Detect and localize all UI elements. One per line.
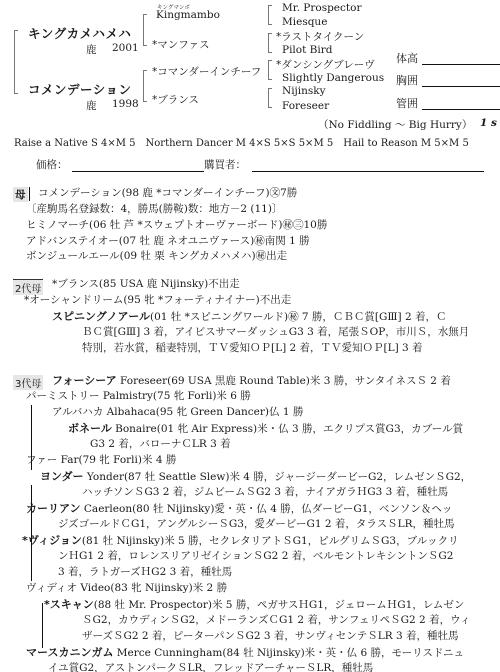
entry-far: ファー Far(79 牝 Forli)米 4 勝: [26, 453, 176, 468]
scan-cont-2: ザーズＳG2 2 着，ピーターパンＳG2 3 着，サンヴィセンテＳLR 3 着，…: [82, 629, 458, 644]
vision-name: *ヴィジョン: [22, 534, 82, 547]
third-dam-header: フォーシーア Foreseer(69 USA 黒鹿 Round Table)米 …: [52, 373, 451, 389]
cannon-label: 管囲: [396, 95, 418, 111]
gen3-brace-3: [268, 60, 272, 80]
height-label: 体高: [396, 50, 418, 66]
dam-label: 母: [13, 187, 28, 202]
yonder-cont: ハッチソンＳG3 2 着，ジムビームＳG2 3 着，ナイアガラＨG3 3 着，種…: [82, 485, 448, 500]
dam-line-2: 〔産駒馬名登録数：4，勝馬(勝鞍)数：地方－2 (11)〕: [26, 202, 282, 217]
family-note: （No Fiddling ～ Big Hurry）: [318, 117, 472, 132]
vision-text: (81 牡 Nijinsky)米 5 勝，セクレタリアトＳG1，ピルグリムＳG3…: [82, 535, 459, 547]
buyer-label: 購買者：: [204, 157, 246, 172]
entry-video: ヴィディオ Video(83 牝 Nijinsky)米 2 勝: [26, 581, 227, 596]
entry-yonder: ヨンダー Yonder(87 牡 Seattle Slew)米 4 勝，ジャージ…: [40, 469, 471, 485]
gen3-4: Pilot Bird: [282, 44, 332, 56]
family-number: 1 s: [480, 117, 497, 129]
dam-year: 1998: [112, 98, 139, 110]
gen3-brace-2: [268, 33, 272, 53]
chest-field[interactable]: [422, 86, 500, 87]
sire-year: 2001: [112, 42, 139, 54]
gen3-6: Slightly Dangerous: [282, 72, 384, 84]
dam-label-divider: [29, 187, 30, 201]
tree-line-3: [42, 603, 43, 648]
sire-color: 鹿: [86, 42, 97, 57]
gen3-3: *ラストタイクーン: [276, 29, 364, 44]
gen3-7: Nijinsky: [282, 85, 326, 97]
entry-palmistry: パーミストリー Palmistry(75 牝 Forli)米 6 勝: [26, 389, 251, 404]
yonder-text: Yonder(87 牡 Seattle Slew)米 4 勝，ジャージーダービー…: [84, 471, 472, 483]
cannon-field[interactable]: [422, 109, 500, 110]
inbreeding: Raise a Native S 4×M 5 Northern Dancer M…: [14, 134, 469, 149]
entry-merce: マースカニンガム Merce Cunningham(84 牡 Nijinsky)…: [26, 645, 464, 661]
entry-vision: *ヴィジョン(81 牡 Nijinsky)米 5 勝，セクレタリアトＳG1，ピル…: [22, 533, 459, 549]
sire-sire: Kingmambo: [156, 9, 220, 21]
scan-text: (88 牡 Mr. Prospector)米 5 勝，ペガサスＨG1，ジェローム…: [94, 599, 465, 611]
entry-caerleon: カーリアン Caerleon(80 牡 Nijinsky)愛・英・仏 4 勝，仏…: [26, 501, 452, 517]
entry-bonaire: ボネール Bonaire(01 牝 Air Express)米・仏 3 勝，エク…: [68, 421, 463, 437]
second-dam-line-2: *オーシャンドリーム(95 牝 *フォーティナイナー)不出走: [24, 293, 291, 308]
dam-name: コメンデーション: [28, 80, 132, 98]
sire-brace: [143, 14, 147, 46]
merce-name: マースカニンガム: [26, 646, 113, 659]
price-label: 価格：: [36, 157, 68, 172]
second-dam-line-1: *ブランス(85 USA 鹿 Nijinsky)不出走: [52, 277, 240, 292]
spinning-noir-name: スピニングノアール: [52, 310, 150, 323]
sire-name: キングカメハメハ: [28, 24, 131, 42]
pedigree-brace-outer: [14, 30, 18, 94]
dam-sire: *コマンダーインチーフ: [152, 64, 261, 79]
bonaire-cont: G3 2 着，バローナＣLR 3 着: [90, 437, 231, 452]
sire-dam: *マンファス: [152, 37, 210, 52]
vision-cont-1: ンＨG1 2 着，ロレンスリアリゼイションＳG2 2 着，ベルモントレキシントン…: [58, 549, 453, 564]
caerleon-cont: ジズゴールドＣG1，アングルシーＳG3，愛ダービーG1 2 着，タラスＳLR，種…: [58, 517, 454, 532]
price-field[interactable]: [72, 171, 204, 172]
third-dam-text: Foreseer(69 USA 黒鹿 Round Table)米 3 勝，サンタ…: [120, 375, 451, 387]
dam-brace: [143, 70, 147, 102]
spinning-noir-l1: (01 牡 *スピニングワールド)㊙ 7 勝，ＣＢＣ賞[GⅢ] 2 着，Ｃ: [150, 311, 446, 323]
merce-cont: イユ賞G2，アストンパークＳLR，フレッドアーチャーＳLR，種牡馬: [48, 661, 373, 672]
gen3-8: Foreseer: [282, 100, 329, 112]
yonder-name: ヨンダー: [40, 470, 84, 483]
gen3-2: Miesque: [282, 16, 327, 28]
caerleon-name: カーリアン: [26, 502, 81, 515]
height-field[interactable]: [422, 64, 500, 65]
entry-albahaca: アルバハカ Albahaca(95 牝 Green Dancer)仏 1 勝: [52, 405, 303, 420]
scan-name: *スキャン: [44, 598, 94, 611]
buyer-field[interactable]: [252, 171, 484, 172]
spinning-noir-entry: スピニングノアール(01 牡 *スピニングワールド)㊙ 7 勝，ＣＢＣ賞[GⅢ]…: [52, 309, 447, 325]
caerleon-text: Caerleon(80 牡 Nijinsky)愛・英・仏 4 勝，仏ダービーG1…: [81, 503, 453, 515]
merce-text: Merce Cunningham(84 牡 Nijinsky)米・英・仏 6 勝…: [113, 647, 464, 659]
spinning-noir-l2: ＢＣ賞[GⅢ] 3 着，アイビスサマーダッシュG3 3 着，尾張ＳOP，市川Ｓ，…: [82, 325, 469, 340]
dam-line-4: アドバンステイオー(07 牡 鹿 ネオユニヴァース)㊙南関 1 勝: [26, 234, 310, 249]
bonaire-text: Bonaire(01 牝 Air Express)米・仏 3 勝，エクリプス賞G…: [112, 423, 463, 435]
gen3-5: *ダンシングブレーヴ: [276, 57, 375, 72]
gen3-1: Mr. Prospector: [282, 2, 361, 14]
dam-line-5: ボンジュールエール(09 牡 栗 キングカメハメハ)㊙出走: [26, 249, 287, 264]
spinning-noir-l3: 特別，若水賞，稲妻特別，ＴＶ愛知ＯＰ[L] 2 着，ＴＶ愛知ＯＰ[L] 3 着: [82, 341, 423, 356]
gen3-brace-1: [268, 5, 272, 25]
dam-dam: *ブランス: [152, 92, 199, 107]
chest-label: 胸囲: [396, 72, 418, 88]
bonaire-name: ボネール: [68, 422, 112, 435]
entry-scan: *スキャン(88 牡 Mr. Prospector)米 5 勝，ペガサスＨG1，…: [44, 597, 464, 613]
third-dam-name: フォーシーア: [52, 374, 117, 387]
gen3-brace-4: [268, 88, 272, 108]
dam-line-1: コメンデーション(98 鹿 *コマンダーインチーフ)㉆7勝: [38, 186, 297, 201]
dam-color: 鹿: [86, 98, 97, 113]
dam-line-3: ヒミノマーチ(06 牡 芦 *スウェプトオーヴァーボード)㊙㊂10勝: [26, 218, 327, 233]
scan-cont-1: ＳG2，カウディンＳG2，メドーランズＣG1 2 着，サンフェリペＳG2 2 着…: [82, 613, 470, 628]
third-dam-label: 3代母: [13, 375, 43, 390]
vision-cont-2: 3 着，ラトガーズＨG2 3 着，種牡馬: [58, 565, 232, 580]
